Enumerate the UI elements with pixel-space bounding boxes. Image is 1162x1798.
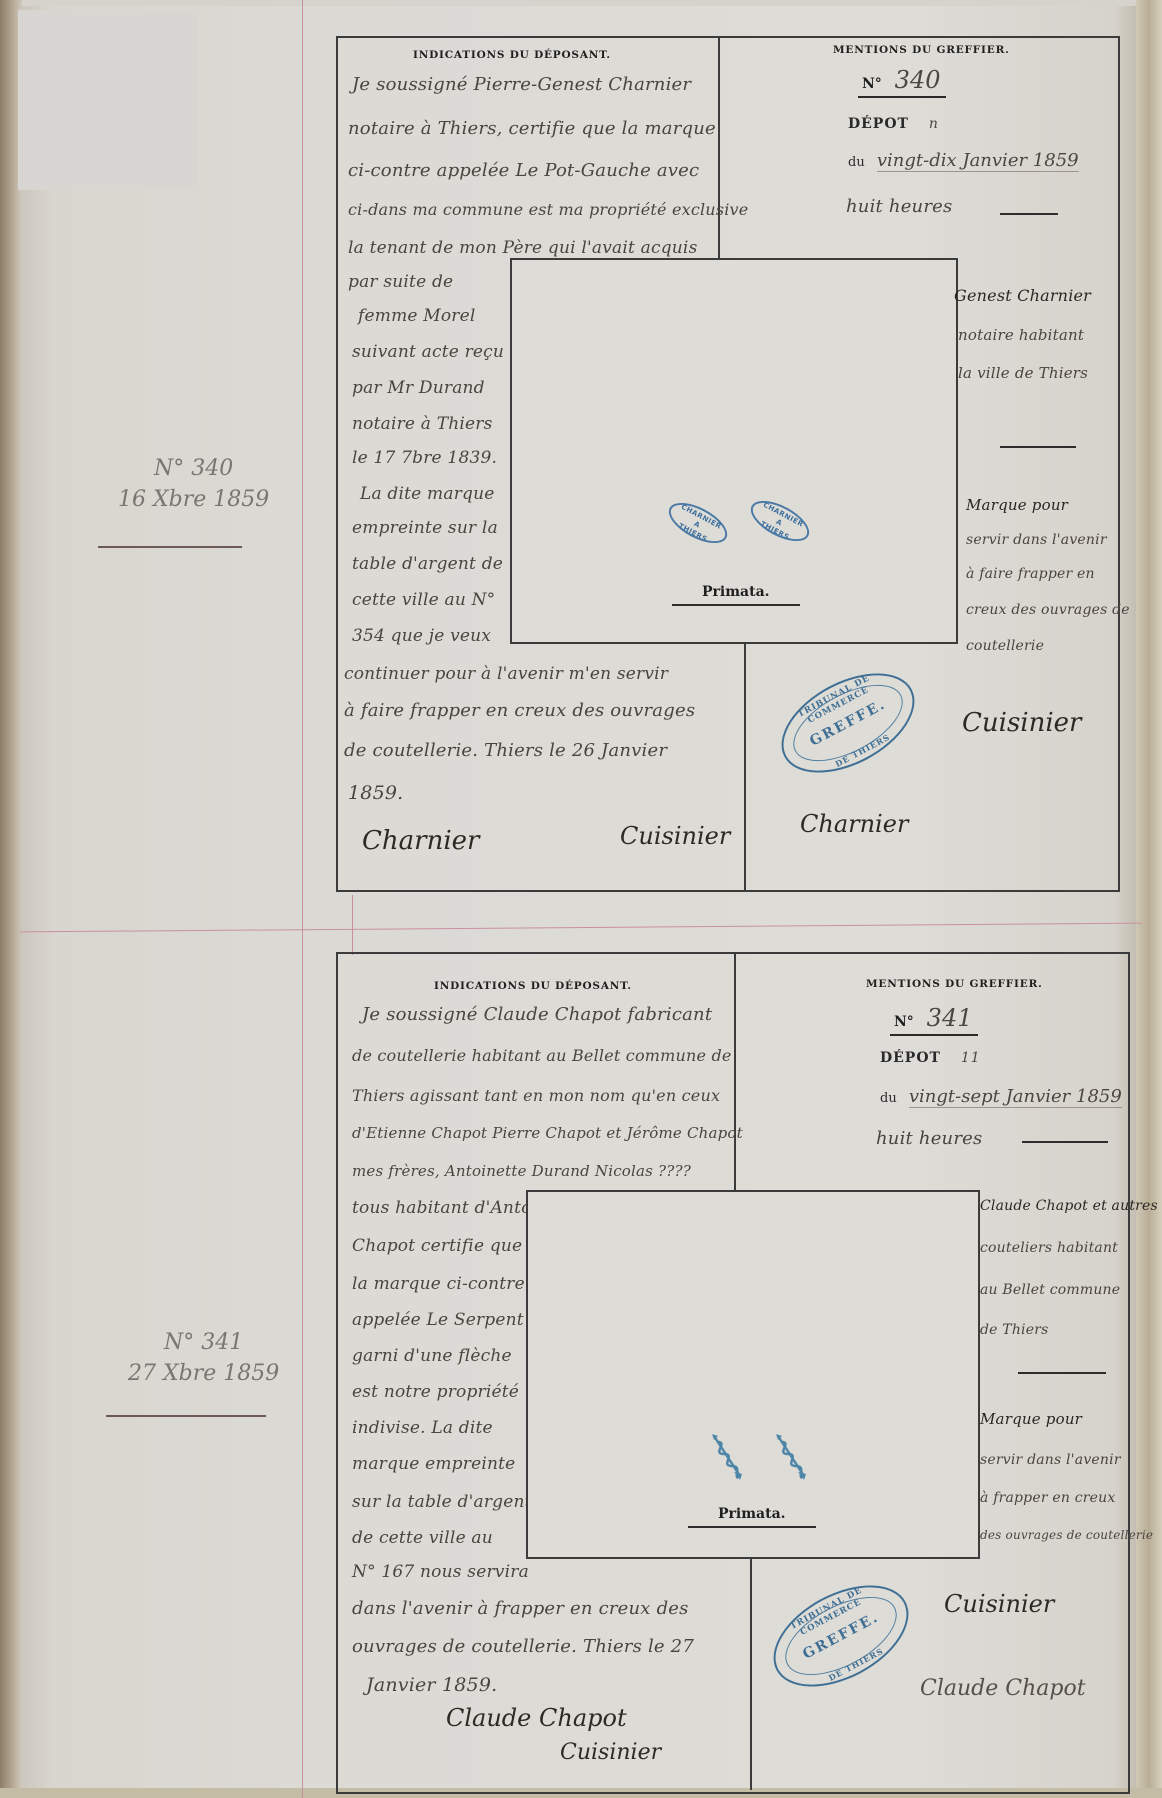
deposant-line: d'Etienne Chapot Pierre Chapot et Jérôme… [352, 1124, 743, 1142]
header-mentions-greffier: MENTIONS DU GREFFIER. [866, 978, 1043, 990]
greffier-line: à frapper en creux [980, 1490, 1115, 1506]
deposant-line: 354 que je veux [352, 626, 491, 646]
numero-value: 341 [927, 1004, 973, 1032]
depot-time: huit heures [846, 196, 952, 217]
greffier-line: couteliers habitant [980, 1240, 1118, 1256]
depot-rule [1000, 213, 1058, 215]
deposant-line: de coutellerie habitant au Bellet commun… [352, 1046, 732, 1065]
depot-rule [1022, 1141, 1108, 1143]
deposant-line: notaire à Thiers [352, 414, 493, 434]
deposant-line: La dite marque [360, 484, 495, 504]
greffier-line: Marque pour [966, 496, 1068, 514]
deposant-line: Je soussigné Pierre-Genest Charnier [352, 74, 691, 95]
deposant-signature: Charnier [362, 826, 479, 856]
greffier-line: de Thiers [980, 1322, 1049, 1338]
deposant-line: ouvrages de coutellerie. Thiers le 27 [352, 1636, 694, 1657]
numero-value: 340 [895, 66, 941, 94]
header-indications-deposant: INDICATIONS DU DÉPOSANT. [434, 980, 632, 992]
greffier-line: Genest Charnier [954, 286, 1091, 305]
deposant-line: femme Morel [358, 306, 476, 326]
primata-label: Primata. [688, 1506, 816, 1528]
serpent-arrow-mark-icon [772, 1432, 812, 1482]
deposant-line: cette ville au N° [352, 590, 495, 610]
book-binding [0, 0, 22, 1798]
greffier-signature: Cuisinier [620, 822, 730, 850]
deposant-line: de coutellerie. Thiers le 26 Janvier [344, 740, 667, 761]
deposant-line: Janvier 1859. [366, 1674, 497, 1696]
deposant-line: notaire à Thiers, certifie que la marque [348, 118, 716, 139]
greffier-line: à faire frapper en [966, 566, 1095, 582]
deposant-signature-right: Claude Chapot [920, 1676, 1086, 1701]
greffier-line: servir dans l'avenir [980, 1452, 1121, 1468]
deposant-line: par suite de [348, 272, 453, 292]
numero-label: N° [862, 76, 882, 92]
column-divider [734, 952, 736, 1190]
greffier-line: coutellerie [966, 638, 1044, 654]
greffier-signature: Cuisinier [560, 1740, 661, 1765]
deposant-line: le 17 7bre 1839. [352, 448, 497, 468]
depot-label: DÉPOT 11 [880, 1050, 981, 1066]
deposant-line: de cette ville au [352, 1528, 493, 1548]
deposant-line: Chapot certifie que [352, 1236, 522, 1256]
header-indications-deposant: INDICATIONS DU DÉPOSANT. [413, 49, 611, 61]
mark-impression-box [526, 1190, 980, 1559]
deposant-line: par Mr Durand [352, 378, 485, 398]
greffier-line: servir dans l'avenir [966, 532, 1107, 548]
deposant-line: continuer pour à l'avenir m'en servir [344, 664, 668, 684]
redacted-patch [18, 10, 198, 190]
greffier-line: des ouvrages de coutellerie [980, 1528, 1153, 1542]
greffier-line: Marque pour [980, 1410, 1082, 1428]
greffier-line: Claude Chapot et autres [980, 1198, 1158, 1214]
deposant-line: Je soussigné Claude Chapot fabricant [362, 1004, 712, 1025]
depot-time: huit heures [876, 1128, 982, 1149]
serpent-arrow-mark-icon [708, 1432, 748, 1482]
deposant-line: la marque ci-contre [352, 1274, 525, 1294]
deposant-line: dans l'avenir à frapper en creux des [352, 1598, 689, 1619]
deposant-line: à faire frapper en creux des ouvrages [344, 700, 695, 721]
deposant-signature: Claude Chapot [446, 1704, 627, 1732]
margin-note-underline [106, 1415, 266, 1417]
greffier-line: au Bellet commune [980, 1282, 1120, 1298]
greffier-rule [1018, 1372, 1106, 1374]
depot-date: du vingt-dix Janvier 1859 [848, 150, 1079, 171]
margin-note-underline [98, 546, 242, 548]
deposant-line: indivise. La dite [352, 1418, 493, 1438]
numero-label: N° [894, 1014, 914, 1030]
header-mentions-greffier: MENTIONS DU GREFFIER. [833, 44, 1010, 56]
column-divider-lower [744, 640, 746, 890]
deposant-line: suivant acte reçu [352, 342, 504, 362]
greffier-line: la ville de Thiers [958, 364, 1088, 382]
greffier-signature-right: Charnier [800, 810, 908, 838]
greffier-rule [1000, 446, 1076, 448]
margin-note: N° 340 16 Xbre 1859 [118, 456, 269, 512]
margin-note: N° 341 27 Xbre 1859 [128, 1330, 279, 1386]
deposant-line: la tenant de mon Père qui l'avait acquis [348, 238, 698, 258]
deposant-line: est notre propriété [352, 1382, 519, 1402]
deposant-line: ci-contre appelée Le Pot-Gauche avec [348, 160, 699, 181]
margin-line-inner [352, 895, 353, 955]
greffier-signature-margin: Cuisinier [962, 708, 1082, 738]
deposant-line: empreinte sur la [352, 518, 498, 538]
deposant-line: mes frères, Antoinette Durand Nicolas ??… [352, 1162, 691, 1180]
column-divider [718, 36, 720, 258]
primata-label: Primata. [672, 584, 800, 606]
deposant-line: garni d'une flèche [352, 1346, 512, 1366]
deposant-line: ci-dans ma commune est ma propriété excl… [348, 200, 748, 219]
greffier-line: notaire habitant [958, 326, 1084, 344]
entry-number: N° 340 [858, 66, 946, 98]
deposant-line: appelée Le Serpent [352, 1310, 524, 1330]
column-divider-lower [750, 1555, 752, 1790]
margin-line-left [302, 0, 303, 1798]
greffier-line: creux des ouvrages de [966, 602, 1130, 618]
deposant-line: table d'argent de [352, 554, 503, 574]
deposant-line: N° 167 nous servira [352, 1562, 529, 1582]
entry-number: N° 341 [890, 1004, 978, 1036]
deposant-line: marque empreinte [352, 1454, 515, 1474]
depot-date: du vingt-sept Janvier 1859 [880, 1086, 1122, 1107]
greffier-signature-margin: Cuisinier [944, 1590, 1054, 1618]
deposant-line: Thiers agissant tant en mon nom qu'en ce… [352, 1086, 720, 1105]
deposant-line: 1859. [348, 782, 403, 804]
deposant-line: sur la table d'argent [352, 1492, 532, 1512]
depot-label: DÉPOT n [848, 116, 939, 132]
